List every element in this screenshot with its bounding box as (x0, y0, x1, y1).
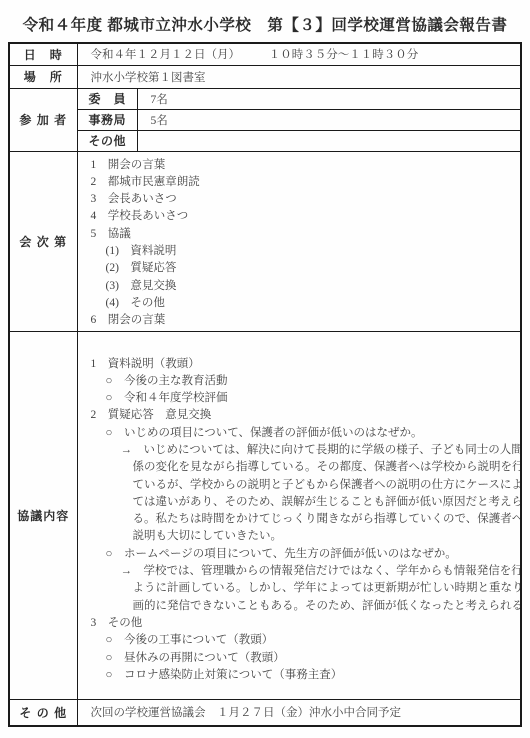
discussion-line: ○ ホームページの項目について、先生方の評価が低いのはなぜか。 (91, 546, 521, 563)
discussion-line: ているが、学校からの説明と子どもから保護者への説明の仕方にケースによっ (91, 477, 521, 494)
agenda-list: 1 開会の言葉 2 都城市民憲章朗読 3 会長あいさつ 4 学校長あいさつ 5 … (77, 151, 521, 331)
datetime-value: 令和４年１２月１２日（月） １０時３５分～１１時３０分 (77, 43, 521, 65)
discussion-line: ○ 今後の工事について（教頭） (91, 632, 521, 649)
discussion-line: ては違いがあり、そのため、誤解が生じることも評価が低い原因だと考えられ (91, 494, 521, 511)
datetime-label: 日 時 (9, 43, 77, 65)
discussion-line: る。私たちは時間をかけてじっくり聞きながら指導していくので、保護者への (91, 511, 521, 528)
discussion-line: 1 資料説明（教頭） (91, 356, 521, 373)
place-label: 場 所 (9, 65, 77, 88)
row-other: そ の 他 次回の学校運営協議会 １月２７日（金）沖水小中合同予定 (9, 699, 521, 726)
other-value: 次回の学校運営協議会 １月２７日（金）沖水小中合同予定 (77, 699, 521, 726)
agenda-item: (4) その他 (91, 295, 521, 312)
other-label: そ の 他 (9, 699, 77, 726)
discussion-line: → いじめについては、解決に向けて長期的に学級の様子、子ども同士の人間関 (91, 442, 521, 459)
committee-value: 7名 (137, 88, 521, 109)
report-table: 日 時 令和４年１２月１２日（月） １０時３５分～１１時３０分 場 所 沖水小学… (8, 42, 522, 727)
participants-label: 参 加 者 (9, 88, 77, 151)
row-participants-secretariat: 事務局 5名 (9, 109, 521, 130)
discussion-line: 係の変化を見ながら指導している。その都度、保護者へは学校から説明を行っ (91, 459, 521, 476)
discussion-line: ○ 令和４年度学校評価 (91, 390, 521, 407)
page-title: 令和４年度 都城市立沖水小学校 第【３】回学校運営協議会報告書 (0, 0, 530, 35)
row-discussion: 協議内容 1 資料説明（教頭） ○ 今後の主な教育活動 ○ 令和４年度学校評価 … (9, 331, 521, 699)
discussion-label: 協議内容 (9, 331, 77, 699)
agenda-item: 1 開会の言葉 (91, 157, 521, 174)
discussion-line: 2 質疑応答 意見交換 (91, 407, 521, 424)
agenda-item: 6 閉会の言葉 (91, 312, 521, 329)
secretariat-value: 5名 (137, 109, 521, 130)
discussion-line: 3 その他 (91, 615, 521, 632)
agenda-item: (1) 資料説明 (91, 243, 521, 260)
discussion-line: 画的に発信できないこともある。そのため、評価が低くなったと考えられる。 (91, 598, 521, 615)
row-place: 場 所 沖水小学校第１図書室 (9, 65, 521, 88)
discussion-line: 説明も大切にしていきたい。 (91, 528, 521, 545)
discussion-line: ○ コロナ感染防止対策について（事務主査） (91, 667, 521, 684)
agenda-item: 2 都城市民憲章朗読 (91, 174, 521, 191)
row-participants-committee: 参 加 者 委 員 7名 (9, 88, 521, 109)
row-datetime: 日 時 令和４年１２月１２日（月） １０時３５分～１１時３０分 (9, 43, 521, 65)
discussion-line: → 学校では、管理職からの情報発信だけではなく、学年からも情報発信を行い (91, 563, 521, 580)
row-participants-other: その他 (9, 130, 521, 151)
participants-other-label: その他 (77, 130, 137, 151)
discussion-line: ○ 今後の主な教育活動 (91, 373, 521, 390)
discussion-line: ○ いじめの項目について、保護者の評価が低いのはなぜか。 (91, 425, 521, 442)
secretariat-label: 事務局 (77, 109, 137, 130)
participants-other-value (137, 130, 521, 151)
agenda-item: (2) 質疑応答 (91, 260, 521, 277)
discussion-line: ○ 昼休みの再開について（教頭） (91, 650, 521, 667)
row-agenda: 会 次 第 1 開会の言葉 2 都城市民憲章朗読 3 会長あいさつ 4 学校長あ… (9, 151, 521, 331)
committee-label: 委 員 (77, 88, 137, 109)
agenda-item: (3) 意見交換 (91, 278, 521, 295)
agenda-item: 5 協議 (91, 226, 521, 243)
agenda-label: 会 次 第 (9, 151, 77, 331)
place-value: 沖水小学校第１図書室 (77, 65, 521, 88)
agenda-item: 3 会長あいさつ (91, 191, 521, 208)
agenda-item: 4 学校長あいさつ (91, 208, 521, 225)
discussion-content: 1 資料説明（教頭） ○ 今後の主な教育活動 ○ 令和４年度学校評価 2 質疑応… (77, 331, 521, 699)
discussion-line: ように計画している。しかし、学年によっては更新期が忙しい時期と重なり計 (91, 580, 521, 597)
